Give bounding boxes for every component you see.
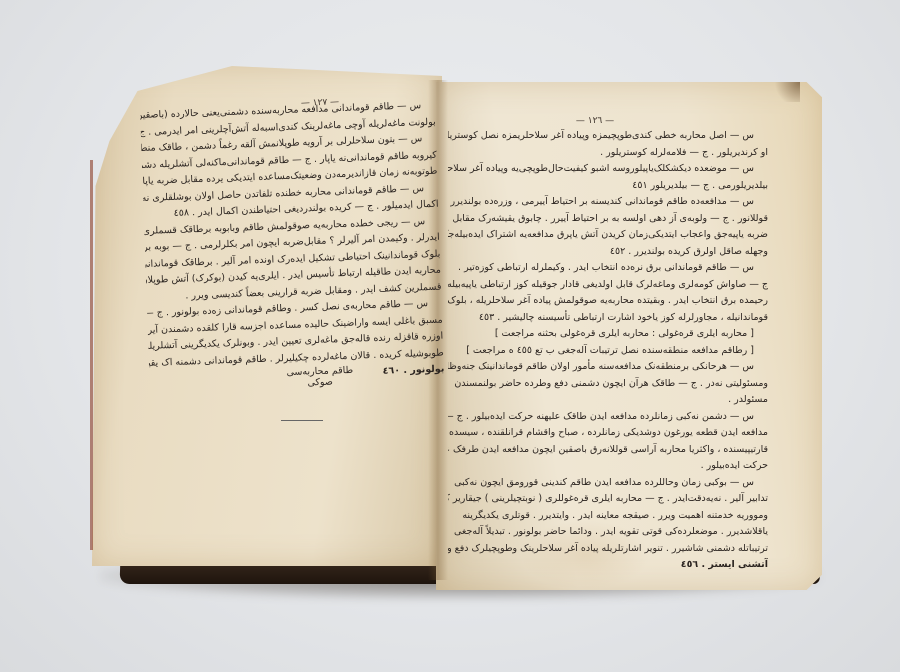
text-line: آتشنی ایستر . ٤٥٦ bbox=[448, 557, 768, 574]
text-line: ترتیباتله دشمنی شاشیرر . تنویر اشارتلریل… bbox=[448, 541, 768, 558]
right-page-number: — ١٢٦ — bbox=[565, 116, 625, 126]
left-page-text: س — طاقم قوماندانی مدافعه محاربه‌سنده دش… bbox=[140, 98, 445, 389]
text-line: مدافعه ایدن قطعه یورغون دوشدیکی زمانلرده… bbox=[448, 425, 768, 442]
text-line: بیلدیریلورمی . ج — بیلدیریلور ٤٥١ bbox=[448, 178, 768, 195]
text-line: س — دشمن نه‌کبی زمانلرده مدافعه ایدن طاق… bbox=[448, 409, 768, 426]
right-page-text: س — اصل محاربه خطی کندی‌طوپچیمزه وپیاده … bbox=[448, 128, 768, 574]
left-page-edge-stain bbox=[90, 160, 93, 550]
text-line: او کرندیریلور . ج — فلامه‌لرله کوستریلور… bbox=[448, 145, 768, 162]
text-line: س — هرحانکی برمنطقه‌نک مدافعه‌سنه مأمور … bbox=[448, 359, 768, 376]
text-line: [ رطاقم مدافعه منطقه‌سنده نصل ترتیبات آل… bbox=[448, 343, 768, 360]
text-line: س — طاقم قوماندانی برق نره‌ده انتخاب اید… bbox=[448, 260, 768, 277]
photo-scene: — ١٢٧ — — ١٢٦ — س — طاقم قوماندانی مدافع… bbox=[0, 0, 900, 672]
text-line: حرکت ایده‌بیلور . bbox=[448, 458, 768, 475]
text-line: [ محاربه ایلری قره‌غولی : محاربه ایلری ق… bbox=[448, 326, 768, 343]
text-line: ومووریه خدمتنه اهمیت ویرر . صیقجه معاینه… bbox=[448, 508, 768, 525]
text-line: یاقلاشدیرر . موضعلرده‌کی قوتی تقویه ایدر… bbox=[448, 524, 768, 541]
text-line: س — بوکبی زمان وحاللرده مدافعه ایدن طاقم… bbox=[448, 475, 768, 492]
text-line: وجهله صاقل اولرق کریده بولندیرر . ٤٥٢ bbox=[448, 244, 768, 261]
text-line: قارتیپیسنده ، واکثریا محاربه آراسی قوللا… bbox=[448, 442, 768, 459]
pencil-mark bbox=[281, 420, 323, 421]
text-line: تدابیر آلیر . نه‌یه‌دقت‌ایدر . ج — محارب… bbox=[448, 491, 768, 508]
text-line: رحیمده برق انتخاب ایدر . وبقیتده محاربه‌… bbox=[448, 293, 768, 310]
text-line: قوللانور . ج — ولوبه‌ی آز دهی اولسه به ب… bbox=[448, 211, 768, 228]
text-line: س — موضعده دیکشکلک‌یاپیلوروسه اشبو کیفیت… bbox=[448, 161, 768, 178]
text-line: قوماندانیله ، مجاورلرله کوز یاخود اشارت … bbox=[448, 310, 768, 327]
left-page-section-end: طاقم محاربه‌سی صوکی bbox=[275, 364, 366, 389]
text-line: مسئولدر . bbox=[448, 392, 768, 409]
text-line: س — مدافعه‌ده طاقم قوماندانی کندیسنه بر … bbox=[448, 194, 768, 211]
text-line: س — اصل محاربه خطی کندی‌طوپچیمزه وپیاده … bbox=[448, 128, 768, 145]
text-line: ضربه یاپیه‌جق واعجاب ایتدیکی‌زمان کریدن … bbox=[448, 227, 768, 244]
right-page-corner-wear bbox=[770, 82, 800, 102]
text-line: ومسئولیتی نه‌در . ج — طاقک هرآن ایچون دش… bbox=[448, 376, 768, 393]
text-line: ج — صاواش کومه‌لری وماغه‌لرک قابل اولدیغ… bbox=[448, 277, 768, 294]
